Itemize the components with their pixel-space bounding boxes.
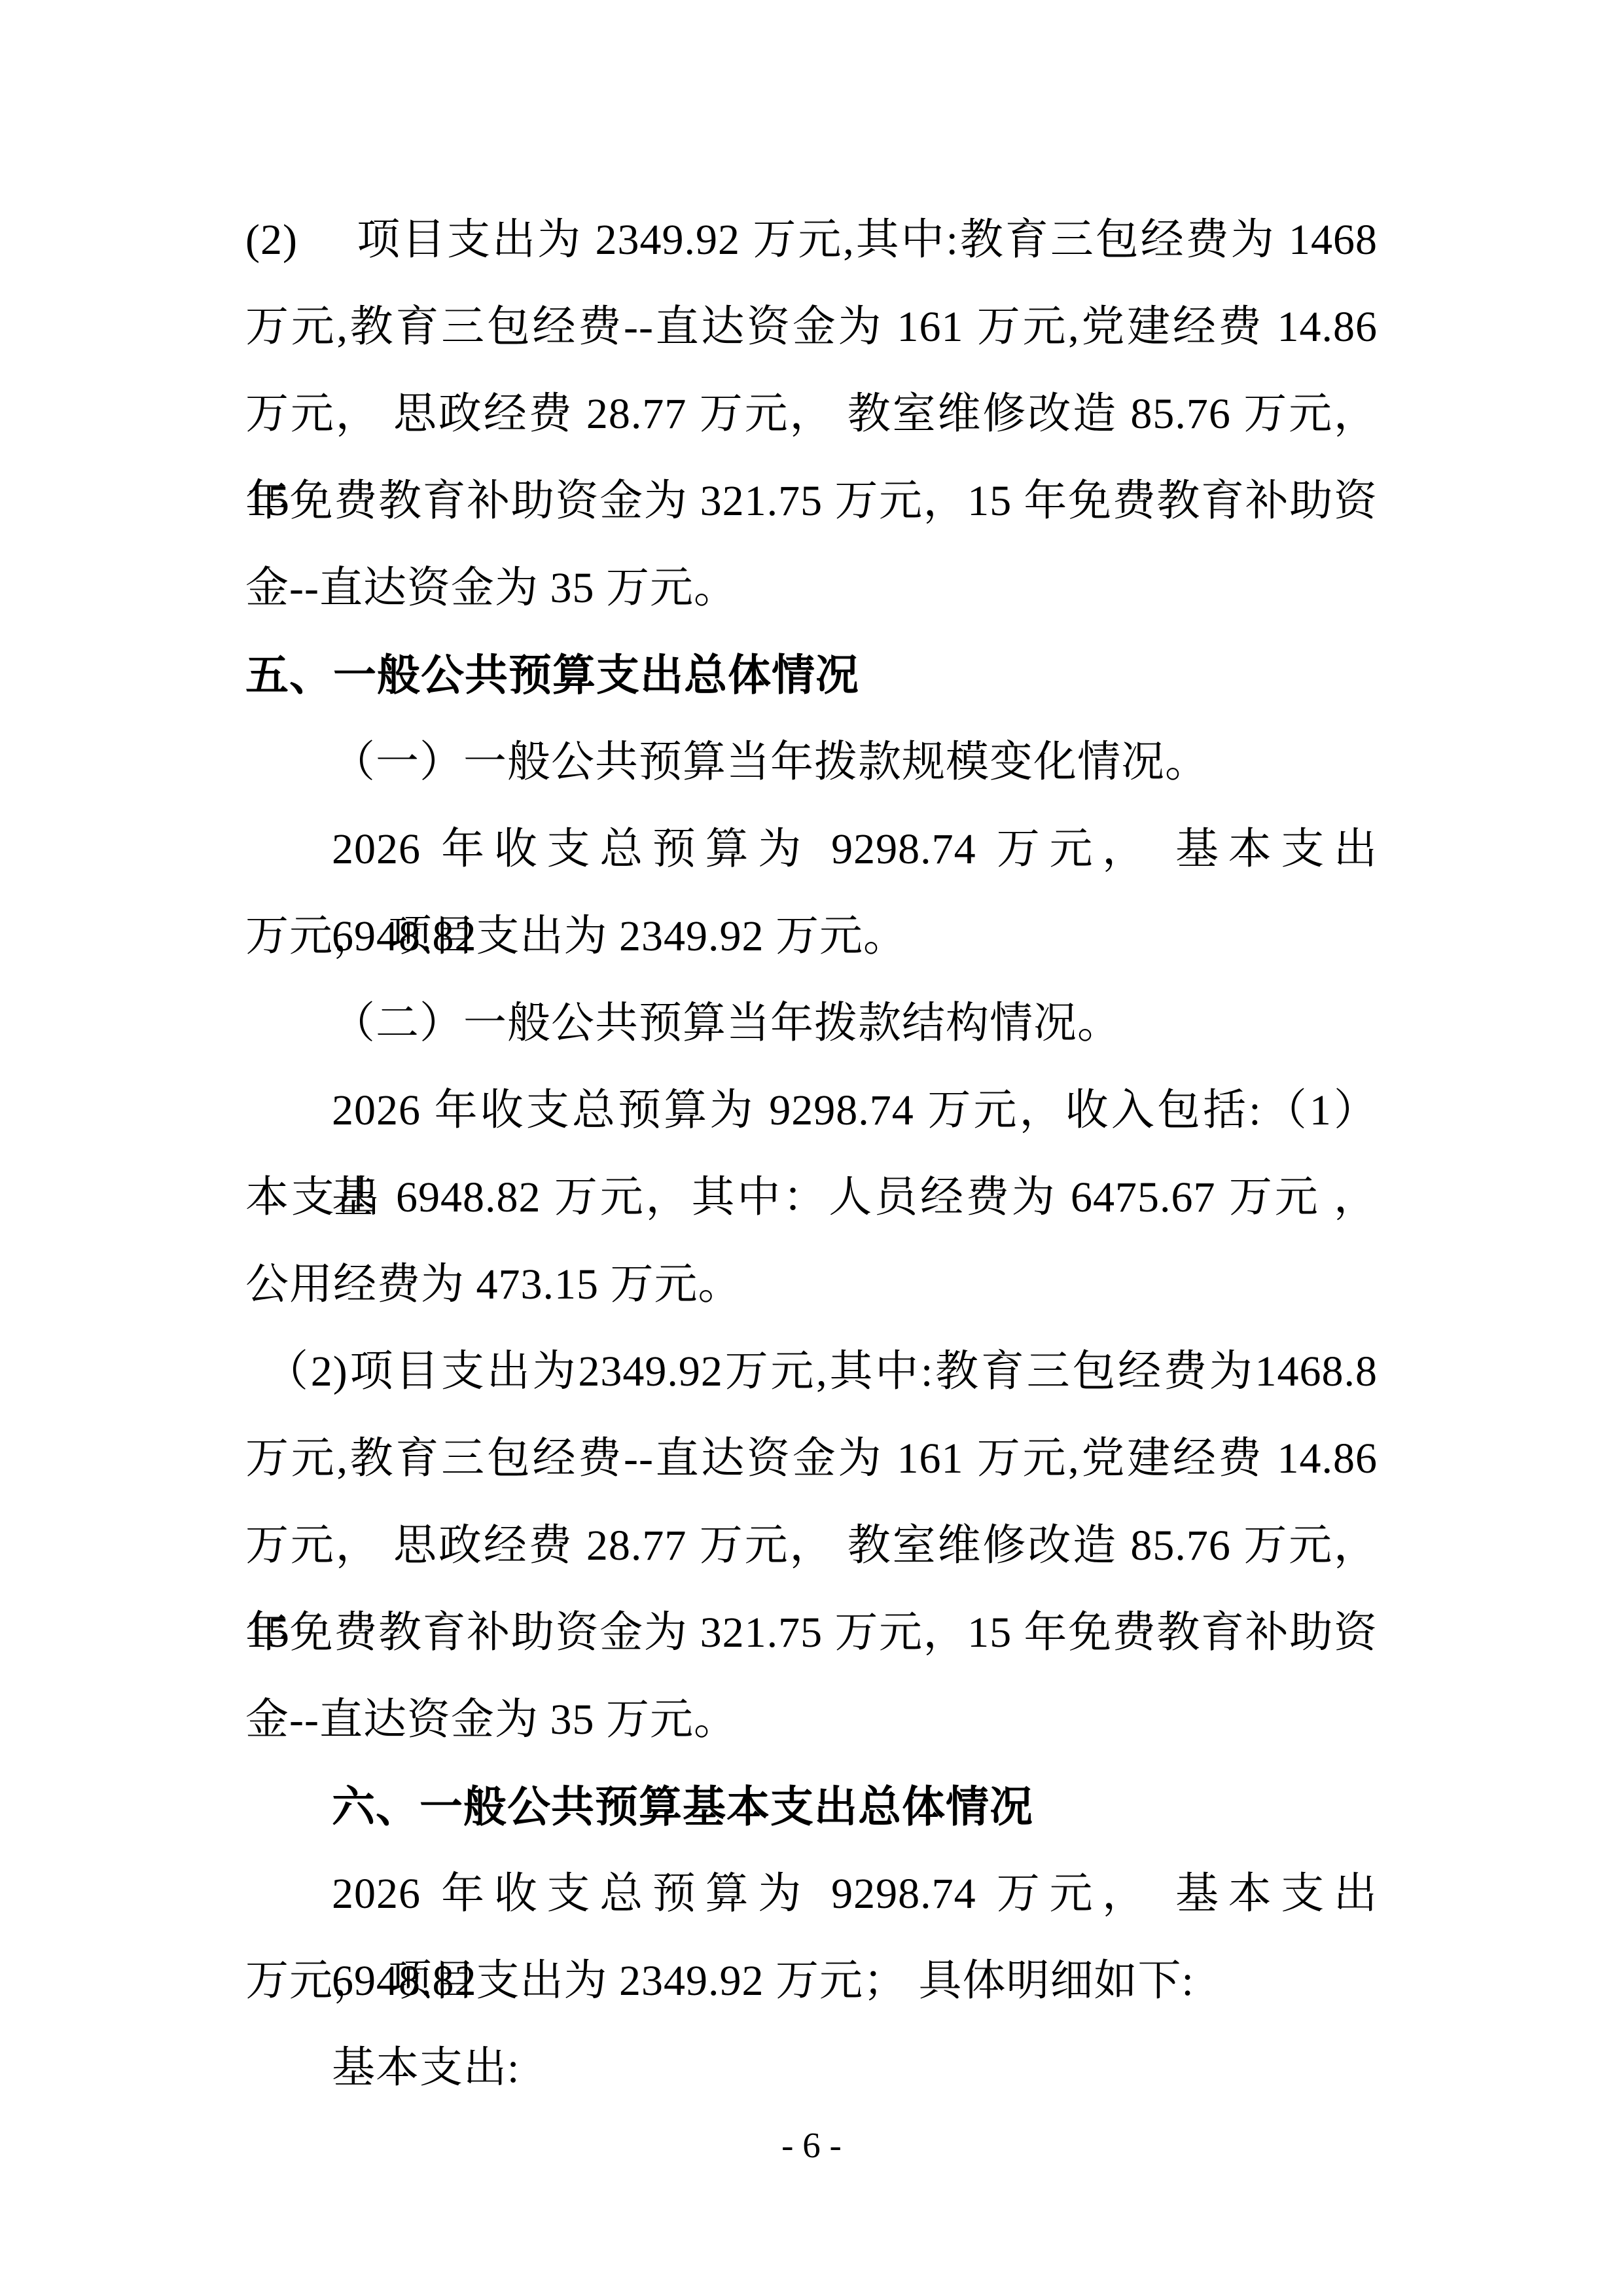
paragraph-line: 万元,教育三包经费--直达资金为 161 万元,党建经费 14.86 xyxy=(245,283,1378,370)
paragraph-line: 万元， 思政经费 28.77 万元， 教室维修改造 85.76 万元，15 xyxy=(245,370,1378,457)
section-heading-five: 五、一般公共预算支出总体情况 xyxy=(245,632,1378,719)
paragraph-line: 万元， 思政经费 28.77 万元， 教室维修改造 85.76 万元，15 xyxy=(245,1502,1378,1589)
paragraph-line: 2026 年收支总预算为 9298.74 万元，收入包括:（1）基 xyxy=(245,1067,1378,1154)
paragraph-line: 万元， 项目支出为 2349.92 万元； 具体明细如下: xyxy=(245,1937,1378,2024)
paragraph-line: (2) 项目支出为 2349.92 万元,其中:教育三包经费为 1468 xyxy=(245,196,1378,283)
document-page: (2) 项目支出为 2349.92 万元,其中:教育三包经费为 1468 万元,… xyxy=(0,0,1623,2296)
subsection-heading-one: （一）一般公共预算当年拨款规模变化情况。 xyxy=(245,719,1378,806)
paragraph-line: 基本支出: xyxy=(245,2024,1378,2111)
paragraph-line: 万元,教育三包经费--直达资金为 161 万元,党建经费 14.86 xyxy=(245,1415,1378,1502)
paragraph-line: 2026 年收支总预算为 9298.74 万元， 基本支出 6948.82 xyxy=(245,1850,1378,1937)
paragraph-line: （2)项目支出为2349.92万元,其中:教育三包经费为1468.8 xyxy=(245,1328,1378,1415)
paragraph-line: 金--直达资金为 35 万元。 xyxy=(245,545,1378,632)
document-body: (2) 项目支出为 2349.92 万元,其中:教育三包经费为 1468 万元,… xyxy=(245,196,1378,2111)
paragraph-line: 公用经费为 473.15 万元。 xyxy=(245,1241,1378,1328)
subsection-heading-two: （二）一般公共预算当年拨款结构情况。 xyxy=(245,980,1378,1067)
paragraph-line: 本支出 6948.82 万元，其中：人员经费为 6475.67 万元 ， xyxy=(245,1154,1378,1241)
paragraph-line: 年免费教育补助资金为 321.75 万元，15 年免费教育补助资 xyxy=(245,457,1378,545)
paragraph-line: 年免费教育补助资金为 321.75 万元，15 年免费教育补助资 xyxy=(245,1589,1378,1676)
paragraph-line: 金--直达资金为 35 万元。 xyxy=(245,1676,1378,1763)
paragraph-line: 万元， 项目支出为 2349.92 万元。 xyxy=(245,893,1378,980)
page-number: - 6 - xyxy=(0,2126,1623,2165)
section-heading-six: 六、一般公共预算基本支出总体情况 xyxy=(245,1763,1378,1850)
paragraph-line: 2026 年收支总预算为 9298.74 万元， 基本支出 6948.82 xyxy=(245,806,1378,893)
